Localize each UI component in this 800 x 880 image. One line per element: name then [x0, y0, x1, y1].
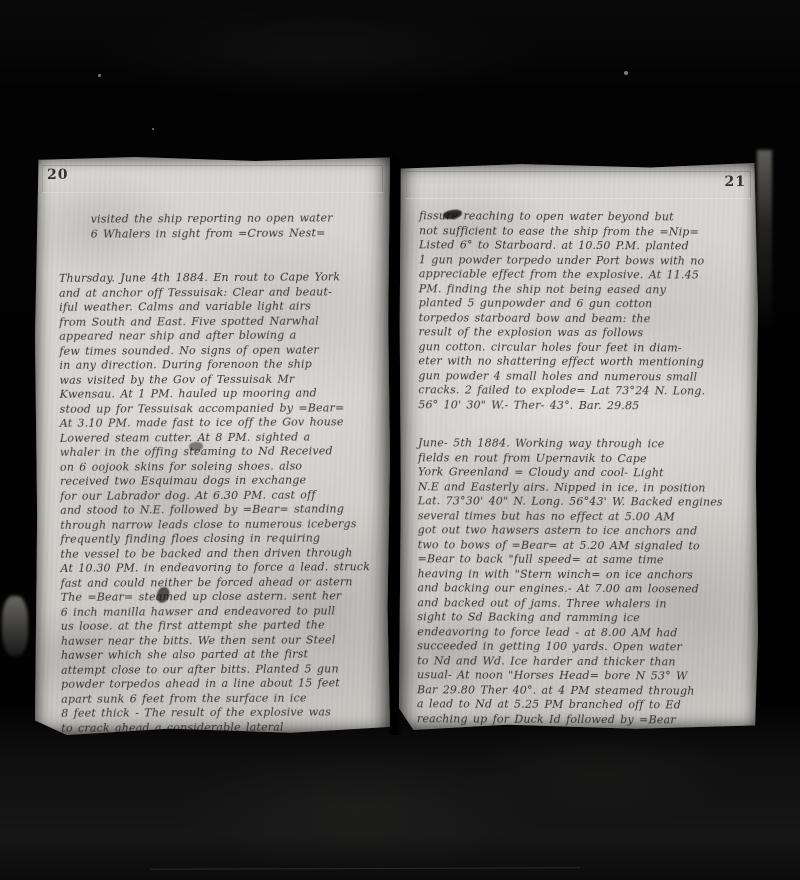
handwritten-line: June- 5th 1884. Working way through ice: [418, 436, 752, 452]
handwritten-line: appreciable effect from the explosive. A…: [419, 267, 753, 283]
handwritten-line: reaching up for Duck Id followed by =Bea…: [417, 712, 751, 728]
handwritten-line: succeeded in getting 100 yards. Open wat…: [417, 639, 751, 655]
handwritten-line: to crack ahead a considerable lateral: [61, 720, 383, 736]
cover-edge-patch: [2, 596, 28, 656]
handwritten-line: York Greenland = Cloudy and cool- Light: [418, 465, 752, 481]
handwritten-line: powder torpedos ahead in a line about 15…: [61, 676, 383, 692]
handwritten-line: result of the explosion was as follows: [419, 325, 753, 341]
handwritten-line: The =Bear= steamed up close astern. sent…: [61, 589, 383, 605]
dust-speck: [98, 74, 101, 77]
left-handwriting-block: visited the ship reporting no open water…: [59, 211, 384, 736]
handwritten-line: endeavoring to force lead - at 8.00 AM h…: [417, 625, 751, 641]
handwritten-line: torpedos starboard bow and beam: the: [419, 311, 753, 327]
handwritten-line: heaving in with "Stern winch= on ice anc…: [418, 567, 752, 583]
handwritten-line: fields en rout from Upernavik to Cape: [418, 451, 752, 467]
handwritten-line: few times sounded. No signs of open wate…: [59, 343, 381, 359]
handwritten-line: At 3.10 PM. made fast to ice off the Gov…: [60, 415, 382, 431]
handwritten-line: a lead to Nd at 5.25 PM branched off to …: [417, 697, 751, 713]
handwritten-line: two to bows of =Bear= at 5.20 AM signale…: [418, 538, 752, 554]
handwritten-line: 6 Whalers in sight from =Crows Nest=: [91, 226, 381, 242]
dust-speck: [624, 71, 628, 75]
handwritten-line: appeared near ship and after blowing a: [59, 328, 381, 344]
handwritten-line: gun cotton. circular holes four feet in …: [418, 340, 752, 356]
right-page-number: 21: [725, 174, 746, 190]
handwritten-line: from South and East. Five spotted Narwha…: [59, 314, 381, 330]
right-page: 21 fissure reaching to open water beyond…: [399, 163, 758, 731]
handwritten-line: several times but has no effect at 5.00 …: [418, 509, 752, 525]
handwritten-line: fissure reaching to open water beyond bu…: [419, 209, 753, 225]
left-paragraph-2: Thursday. June 4th 1884. En rout to Cape…: [59, 270, 383, 736]
handwritten-line: 1 gun powder torpedo under Port bows wit…: [419, 253, 753, 269]
handwritten-line: 56° 10' 30" W.- Ther- 43°. Bar. 29.85: [418, 398, 752, 414]
handwritten-line: and backing our engines.- At 7.00 am loo…: [417, 581, 751, 597]
right-paragraph-1: fissure reaching to open water beyond bu…: [418, 209, 753, 413]
handwritten-line: usual- At noon "Horses Head= bore N 53° …: [417, 668, 751, 684]
handwritten-line: Lat. 73°30' 40" N. Long. 56°43' W. Backe…: [418, 494, 752, 510]
handwritten-line: not sufficient to ease the ship from the…: [419, 224, 753, 240]
handwritten-line: eter with no shattering effect worth men…: [418, 354, 752, 370]
left-page-number: 20: [47, 167, 68, 183]
handwritten-line: through narrow leads close to numerous i…: [60, 517, 382, 533]
handwritten-line: gun powder 4 small holes and numerous sm…: [418, 369, 752, 385]
left-page: 20 visited the ship reporting no open wa…: [35, 157, 390, 735]
handwritten-line: got out two hawsers astern to ice anchor…: [418, 523, 752, 539]
right-page-emboss-line: [406, 171, 751, 198]
handwritten-line: At 10.30 PM. in endeavoring to force a l…: [60, 560, 382, 576]
handwritten-line: to Nd and Wd. Ice harder and thicker tha…: [417, 654, 751, 670]
handwritten-line: Thursday. June 4th 1884. En rout to Cape…: [59, 270, 381, 286]
handwritten-line: Listed 6° to Starboard. at 10.50 P.M. pl…: [419, 238, 753, 254]
dust-speck: [152, 128, 154, 130]
handwritten-line: planted 5 gunpowder and 6 gun cotton: [419, 296, 753, 312]
handwritten-line: iful weather. Calms and variable light a…: [59, 299, 381, 315]
handwritten-line: 6 inch manilla hawser and endeavored to …: [61, 604, 383, 620]
handwritten-line: sight to Sd Backing and ramming ice: [417, 610, 751, 626]
handwritten-line: N.E and Easterly airs. Nipped in ice, in…: [418, 480, 752, 496]
right-handwriting-block: fissure reaching to open water beyond bu…: [417, 209, 753, 727]
handwritten-line: PM. finding the ship not being eased any: [419, 282, 753, 298]
handwritten-line: and stood to N.E. followed by =Bear= sta…: [60, 502, 382, 518]
book-gutter: [388, 155, 401, 735]
logbook-photo: 20 visited the ship reporting no open wa…: [0, 0, 800, 880]
handwritten-line: and backed out of jams. Three whalers in: [417, 596, 751, 612]
page-fore-edge: [757, 150, 772, 340]
left-page-emboss-line: [42, 165, 383, 192]
handwritten-line: hawser near the bitts. We then sent our …: [61, 633, 383, 649]
film-scratch: [150, 867, 580, 870]
handwritten-line: =Bear to back "full speed= at same time: [418, 552, 752, 568]
handwritten-line: Bar 29.80 Ther 40°. at 4 PM steamed thro…: [417, 683, 751, 699]
handwritten-line: cracks. 2 failed to explode= Lat 73°24 N…: [418, 383, 752, 399]
left-paragraph-1: visited the ship reporting no open water…: [91, 211, 381, 242]
dust-speck: [630, 205, 633, 208]
right-paragraph-2: June- 5th 1884. Working way through icef…: [417, 436, 752, 727]
handwritten-line: and at anchor off Tessuisak: Clear and b…: [59, 285, 381, 301]
handwritten-line: visited the ship reporting no open water: [91, 211, 381, 227]
